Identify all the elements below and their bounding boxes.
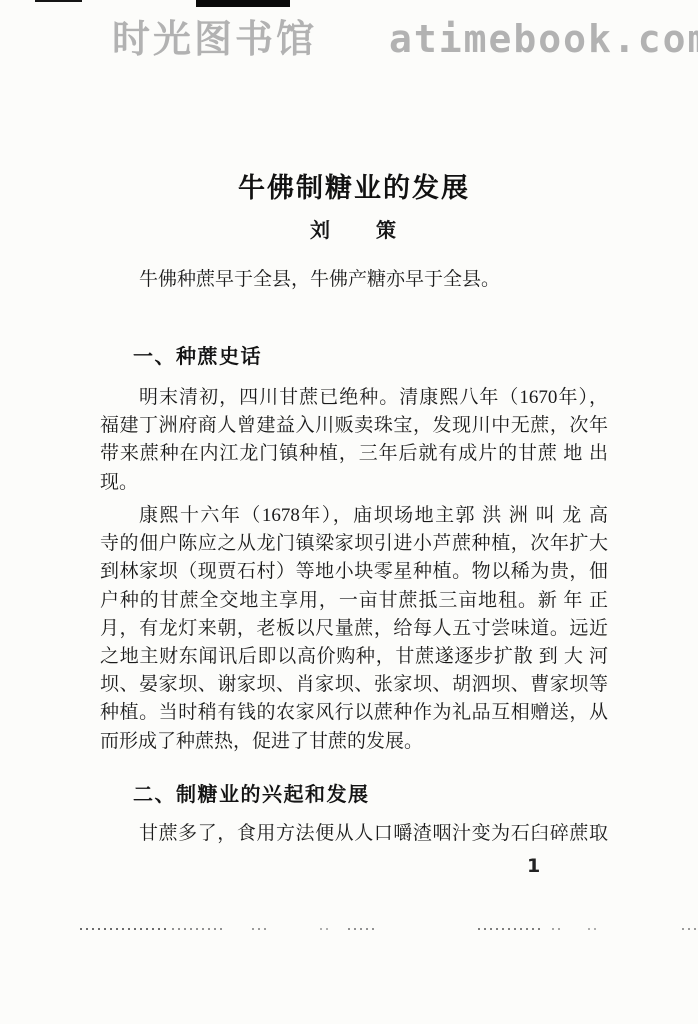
text-line: 康熙十六年（1678年），庙坝场地主郭 洪 洲 叫 龙 高 bbox=[100, 502, 608, 530]
text-line: 而形成了种蔗热，促进了甘蔗的发展。 bbox=[100, 728, 608, 756]
scan-artifact-dashes bbox=[478, 928, 544, 930]
scan-artifact-dashes bbox=[588, 928, 598, 930]
scan-artifact-dashes bbox=[682, 928, 696, 930]
text-line: 之地主财东闻讯后即以高价购种，甘蔗遂逐步扩散 到 大 河 bbox=[100, 643, 608, 671]
text-line: 坝、晏家坝、谢家坝、肖家坝、张家坝、胡泗坝、曹家坝等 bbox=[100, 671, 608, 699]
text-line: 现。 bbox=[100, 469, 608, 497]
watermark-chinese-text: 时光图书馆 bbox=[112, 17, 317, 61]
scan-artifact-top-line bbox=[35, 0, 82, 2]
section1-paragraph-1: 明末清初，四川甘蔗已绝种。清康熙八年（1670年）， 福建丁洲府商人曾建益入川贩… bbox=[100, 384, 608, 497]
page-title: 牛佛制糖业的发展 bbox=[100, 166, 608, 205]
section1-paragraph-2: 康熙十六年（1678年），庙坝场地主郭 洪 洲 叫 龙 高 寺的佃户陈应之从龙门… bbox=[100, 502, 608, 756]
scan-artifact-dashes bbox=[320, 928, 330, 930]
page-number: 1 bbox=[527, 855, 540, 877]
text-line: 福建丁洲府商人曾建益入川贩卖珠宝，发现川中无蔗，次年 bbox=[100, 412, 608, 440]
text-line: 带来蔗种在内江龙门镇种植，三年后就有成片的甘蔗 地 出 bbox=[100, 440, 608, 468]
text-line: 种植。当时稍有钱的农家风行以蔗种作为礼品互相赠送，从 bbox=[100, 699, 608, 727]
scan-artifact-dashes bbox=[80, 928, 166, 930]
text-line: 寺的佃户陈应之从龙门镇梁家坝引进小芦蔗种植，次年扩大 bbox=[100, 530, 608, 558]
text-line: 明末清初，四川甘蔗已绝种。清康熙八年（1670年）， bbox=[100, 384, 608, 412]
watermark: 时光图书馆atimebook.com bbox=[112, 8, 698, 63]
section2-paragraph-1: 甘蔗多了，食用方法便从人口嚼渣咽汁变为石臼碎蔗取 bbox=[100, 820, 608, 848]
text-line: 到林家坝（现贾石村）等地小块零星种植。物以稀为贵，佃 bbox=[100, 558, 608, 586]
scan-artifact-dashes bbox=[552, 928, 564, 930]
scanned-book-page: 时光图书馆atimebook.com 牛佛制糖业的发展 刘 策 牛佛种蔗早于全县… bbox=[0, 0, 698, 1024]
scan-artifact-dashes bbox=[172, 928, 224, 930]
section-heading-1: 一、种蔗史话 bbox=[100, 340, 641, 369]
text-line: 月，有龙灯来朝，老板以尺量蔗，给每人五寸尝味道。远近 bbox=[100, 615, 608, 643]
intro-paragraph: 牛佛种蔗早于全县，牛佛产糖亦早于全县。 bbox=[100, 266, 608, 294]
watermark-site-text: atimebook.com bbox=[389, 17, 698, 61]
scan-artifact-dashes bbox=[348, 928, 378, 930]
author-name: 刘 策 bbox=[100, 214, 608, 243]
text-line: 甘蔗多了，食用方法便从人口嚼渣咽汁变为石臼碎蔗取 bbox=[100, 820, 608, 848]
text-line: 户种的甘蔗全交地主享用，一亩甘蔗抵三亩地租。新 年 正 bbox=[100, 587, 608, 615]
section-heading-2: 二、制糖业的兴起和发展 bbox=[100, 778, 641, 807]
text-line: 牛佛种蔗早于全县，牛佛产糖亦早于全县。 bbox=[100, 266, 608, 294]
scan-artifact-top-bar bbox=[196, 0, 290, 7]
scan-artifact-dashes bbox=[252, 928, 268, 930]
